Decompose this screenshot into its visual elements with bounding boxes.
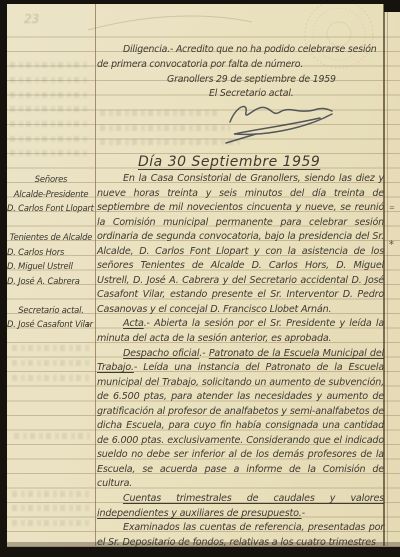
margin-plus-mark: + <box>84 320 91 329</box>
bleed-through-ghost <box>10 121 90 127</box>
bleed-through-ghost <box>12 360 90 366</box>
attendees-gap <box>6 216 96 231</box>
bleed-through-ghost <box>14 433 90 439</box>
bleed-through-ghost <box>12 375 90 381</box>
attendees-list: Alcalde-PresidenteD. Carlos Font Llopart… <box>6 187 96 332</box>
text-run: - Leída una instancia del Patronato de l… <box>97 362 384 489</box>
bleed-through-ghost <box>10 62 90 68</box>
attendee-name: D. José Casafont Vilar <box>6 317 96 332</box>
attendee-name: D. José A. Cabrera <box>6 274 96 289</box>
session-date-heading: Día 30 Septiembre 1959 <box>138 154 320 170</box>
photo-edge-bottom <box>0 547 400 557</box>
ghost-page-number: 23 <box>24 12 39 26</box>
photo-edge-top-right <box>384 0 400 12</box>
pencil-mark <box>0 0 280 40</box>
session-date-text: Día 30 Septiembre 1959 <box>138 154 320 170</box>
bleed-through-ghost <box>10 136 90 142</box>
attendee-name: D. Carlos Hors <box>6 245 96 260</box>
attendee-name: D. Miguel Ustrell <box>6 259 96 274</box>
bleed-through-ghost <box>12 491 90 497</box>
minutes-paragraph: En la Casa Consistorial de Granollers, s… <box>97 172 384 317</box>
minutes-paragraph: Acta.- Abierta la sesión por el Sr. Pres… <box>97 317 384 346</box>
attendees-column: Señores Alcalde-PresidenteD. Carlos Font… <box>6 172 96 332</box>
diligencia-note: Diligencia.- Acredito que no ha podido c… <box>97 43 384 102</box>
photo-edge-left <box>0 0 7 557</box>
margin-asterisk-mark: ∗ <box>388 238 395 247</box>
diligencia-line: de primera convocatoria por falta de núm… <box>97 58 384 73</box>
bleed-through-ghost <box>100 110 220 116</box>
bleed-through-ghost <box>10 150 90 156</box>
minutes-paragraph: Cuentas trimestrales de caudales y valor… <box>97 492 384 521</box>
attendees-gap <box>6 288 96 303</box>
bleed-through-ghost <box>10 92 90 98</box>
photo-edge-top <box>0 0 400 4</box>
right-margin-rule-thin <box>387 4 388 546</box>
underlined-phrase: Despacho oficial <box>123 348 199 359</box>
bleed-through-ghost <box>10 106 90 112</box>
minutes-body: En la Casa Consistorial de Granollers, s… <box>97 172 384 550</box>
text-run: - <box>302 508 305 519</box>
bleed-through-ghost <box>12 345 90 351</box>
secretary-signature-icon <box>222 96 342 146</box>
bleed-through-ghost <box>100 139 240 145</box>
bleed-through-ghost <box>12 505 90 511</box>
attendee-name: D. Carlos Font Llopart <box>6 201 96 216</box>
underlined-phrase: Cuentas trimestrales de caudales y valor… <box>97 493 384 519</box>
attendee-role: Secretario actal. <box>6 303 96 318</box>
minutes-paragraph: Despacho oficial.- Patronato de la Escue… <box>97 347 384 492</box>
bleed-through-ghost <box>12 520 90 526</box>
underlined-phrase: Acta <box>123 318 144 329</box>
attendee-role: Tenientes de Alcalde <box>6 230 96 245</box>
diligencia-dateline: Granollers 29 de septiembre de 1959 <box>167 73 384 88</box>
text-run: En la Casa Consistorial de Granollers, s… <box>97 173 384 315</box>
margin-dash-mark: = <box>389 204 395 212</box>
scanned-minutes-page: 23 Diligencia.- Acredito que no ha podid… <box>0 0 400 557</box>
attendee-role: Alcalde-Presidente <box>6 187 96 202</box>
text-run: .- <box>199 348 209 359</box>
diligencia-line: Diligencia.- Acredito que no ha podido c… <box>97 43 384 58</box>
bleed-through-ghost <box>100 125 230 131</box>
attendees-title: Señores <box>6 172 96 187</box>
bleed-through-ghost <box>10 77 90 83</box>
